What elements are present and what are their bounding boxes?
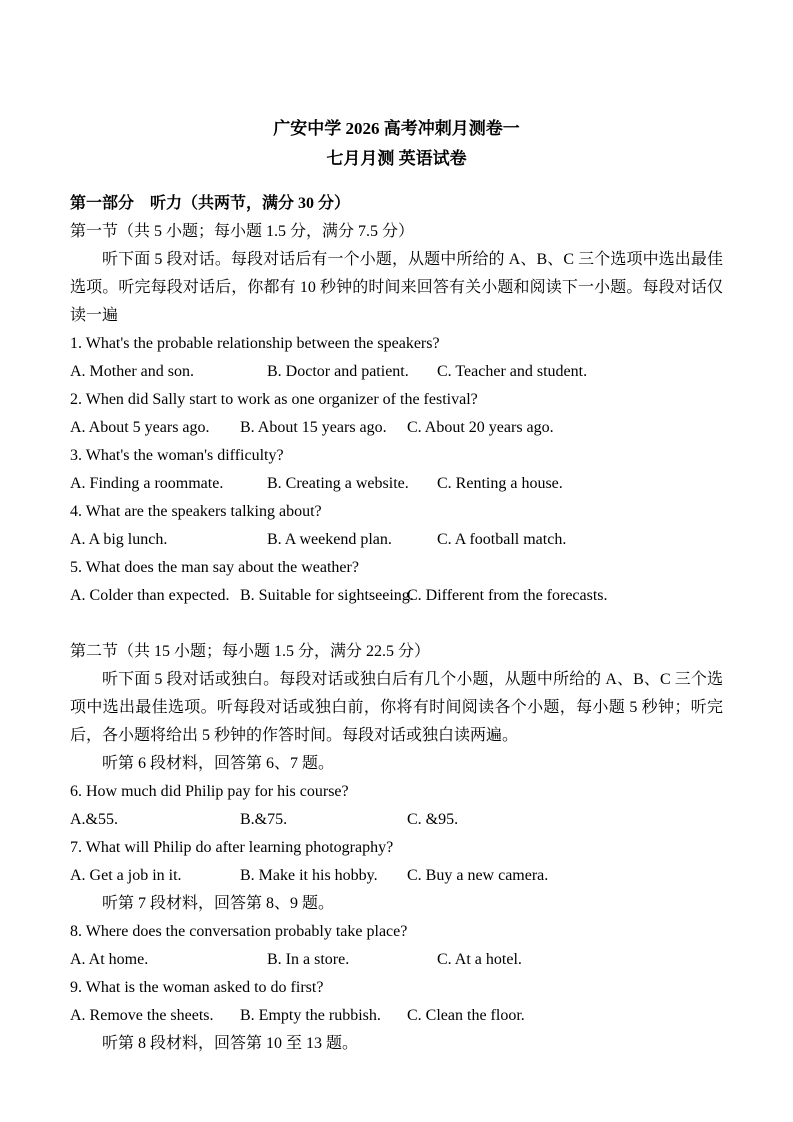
- question-7-options: A. Get a job in it. B. Make it his hobby…: [70, 862, 723, 890]
- question-4-options: A. A big lunch. B. A weekend plan. C. A …: [70, 526, 723, 554]
- question-5-option-b: B. Suitable for sightseeing.: [240, 582, 407, 610]
- question-5-option-a: A. Colder than expected.: [70, 582, 240, 610]
- question-7-option-b: B. Make it his hobby.: [240, 862, 407, 890]
- question-8-option-c: C. At a hotel.: [437, 946, 522, 974]
- question-7-option-c: C. Buy a new camera.: [407, 862, 548, 890]
- doc-subtitle: 七月月测 英语试卷: [70, 144, 723, 174]
- section2-heading: 第二节（共 15 小题；每小题 1.5 分，满分 22.5 分）: [70, 638, 723, 666]
- question-5-text: 5. What does the man say about the weath…: [70, 554, 723, 582]
- part1-heading: 第一部分 听力（共两节，满分 30 分）: [70, 190, 723, 218]
- question-1-option-b: B. Doctor and patient.: [267, 358, 437, 386]
- question-2-option-a: A. About 5 years ago.: [70, 414, 240, 442]
- question-4-option-b: B. A weekend plan.: [267, 526, 437, 554]
- question-3-option-b: B. Creating a website.: [267, 470, 437, 498]
- question-8-text: 8. Where does the conversation probably …: [70, 918, 723, 946]
- question-6-option-c: C. &95.: [407, 806, 458, 834]
- question-1-option-c: C. Teacher and student.: [437, 358, 587, 386]
- question-9-option-c: C. Clean the floor.: [407, 1002, 525, 1030]
- material8-prompt: 听第 8 段材料，回答第 10 至 13 题。: [70, 1030, 723, 1058]
- question-9-text: 9. What is the woman asked to do first?: [70, 974, 723, 1002]
- question-3-options: A. Finding a roommate. B. Creating a web…: [70, 470, 723, 498]
- question-8: 8. Where does the conversation probably …: [70, 918, 723, 974]
- question-9-option-a: A. Remove the sheets.: [70, 1002, 240, 1030]
- question-1: 1. What's the probable relationship betw…: [70, 330, 723, 386]
- question-6-option-b: B.&75.: [240, 806, 407, 834]
- question-2-text: 2. When did Sally start to work as one o…: [70, 386, 723, 414]
- question-6: 6. How much did Philip pay for his cours…: [70, 778, 723, 834]
- section2-instructions: 听下面 5 段对话或独白。每段对话或独白后有几个小题，从题中所给的 A、B、C …: [70, 666, 723, 750]
- question-8-options: A. At home. B. In a store. C. At a hotel…: [70, 946, 723, 974]
- question-2-option-c: C. About 20 years ago.: [407, 414, 554, 442]
- question-7-option-a: A. Get a job in it.: [70, 862, 240, 890]
- question-4-text: 4. What are the speakers talking about?: [70, 498, 723, 526]
- question-5: 5. What does the man say about the weath…: [70, 554, 723, 610]
- question-5-option-c: C. Different from the forecasts.: [407, 582, 608, 610]
- question-2-options: A. About 5 years ago. B. About 15 years …: [70, 414, 723, 442]
- question-6-option-a: A.&55.: [70, 806, 240, 834]
- question-3: 3. What's the woman's difficulty? A. Fin…: [70, 442, 723, 498]
- question-2-option-b: B. About 15 years ago.: [240, 414, 407, 442]
- doc-title: 广安中学 2026 高考冲刺月测卷一: [70, 114, 723, 144]
- question-4-option-a: A. A big lunch.: [70, 526, 267, 554]
- question-1-option-a: A. Mother and son.: [70, 358, 267, 386]
- question-4: 4. What are the speakers talking about? …: [70, 498, 723, 554]
- question-5-options: A. Colder than expected. B. Suitable for…: [70, 582, 723, 610]
- question-7-text: 7. What will Philip do after learning ph…: [70, 834, 723, 862]
- question-6-options: A.&55. B.&75. C. &95.: [70, 806, 723, 834]
- question-3-option-c: C. Renting a house.: [437, 470, 563, 498]
- material7-prompt: 听第 7 段材料，回答第 8、9 题。: [70, 890, 723, 918]
- question-9-option-b: B. Empty the rubbish.: [240, 1002, 407, 1030]
- material6-prompt: 听第 6 段材料，回答第 6、7 题。: [70, 750, 723, 778]
- question-3-text: 3. What's the woman's difficulty?: [70, 442, 723, 470]
- question-8-option-a: A. At home.: [70, 946, 267, 974]
- question-9-options: A. Remove the sheets. B. Empty the rubbi…: [70, 1002, 723, 1030]
- question-4-option-c: C. A football match.: [437, 526, 566, 554]
- question-2: 2. When did Sally start to work as one o…: [70, 386, 723, 442]
- exam-paper-page: 广安中学 2026 高考冲刺月测卷一 七月月测 英语试卷 第一部分 听力（共两节…: [0, 0, 793, 1122]
- section1-heading: 第一节（共 5 小题；每小题 1.5 分，满分 7.5 分）: [70, 218, 723, 246]
- section1-instructions: 听下面 5 段对话。每段对话后有一个小题，从题中所给的 A、B、C 三个选项中选…: [70, 246, 723, 330]
- question-1-text: 1. What's the probable relationship betw…: [70, 330, 723, 358]
- question-9: 9. What is the woman asked to do first? …: [70, 974, 723, 1030]
- question-6-text: 6. How much did Philip pay for his cours…: [70, 778, 723, 806]
- question-7: 7. What will Philip do after learning ph…: [70, 834, 723, 890]
- question-3-option-a: A. Finding a roommate.: [70, 470, 267, 498]
- question-1-options: A. Mother and son. B. Doctor and patient…: [70, 358, 723, 386]
- question-8-option-b: B. In a store.: [267, 946, 437, 974]
